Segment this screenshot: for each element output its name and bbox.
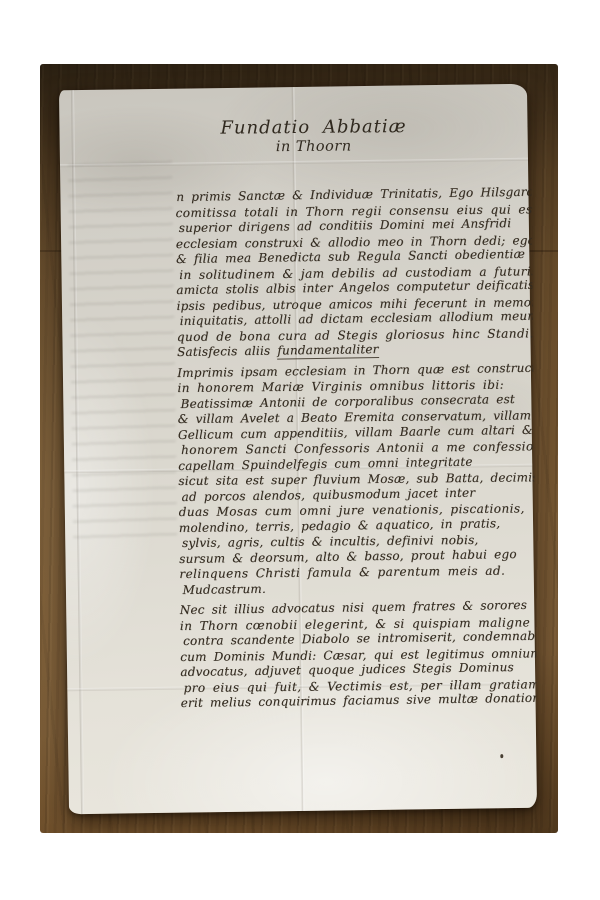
ink-speck-1 — [500, 754, 503, 758]
manuscript-title-line2: in Thoorn — [100, 137, 528, 157]
manuscript-title: Fundatio Abbatiæ in Thoorn — [59, 115, 527, 157]
fold-crease-horizontal-1 — [60, 158, 528, 168]
manuscript-paragraph: Nec sit illius advocatus nisi quem fratr… — [180, 599, 537, 711]
photo-of-manuscript: Fundatio Abbatiæ in Thoorn In primis San… — [40, 64, 558, 833]
manuscript-paragraph: Imprimis ipsam ecclesiam in Thorn quæ es… — [177, 362, 535, 598]
paper-sheet: Fundatio Abbatiæ in Thoorn In primis San… — [59, 84, 537, 814]
manuscript-paragraph: In primis Sanctæ & Individuæ Trinitatis,… — [175, 184, 533, 360]
page-background: Fundatio Abbatiæ in Thoorn In primis San… — [0, 0, 600, 900]
manuscript-body: In primis Sanctæ & Individuæ Trinitatis,… — [175, 184, 537, 736]
underlined-word: fundamentaliter — [277, 342, 378, 360]
manuscript-title-line1: Fundatio Abbatiæ — [99, 115, 527, 140]
fold-crease-left — [71, 90, 84, 814]
bleed-through-text — [68, 155, 177, 548]
